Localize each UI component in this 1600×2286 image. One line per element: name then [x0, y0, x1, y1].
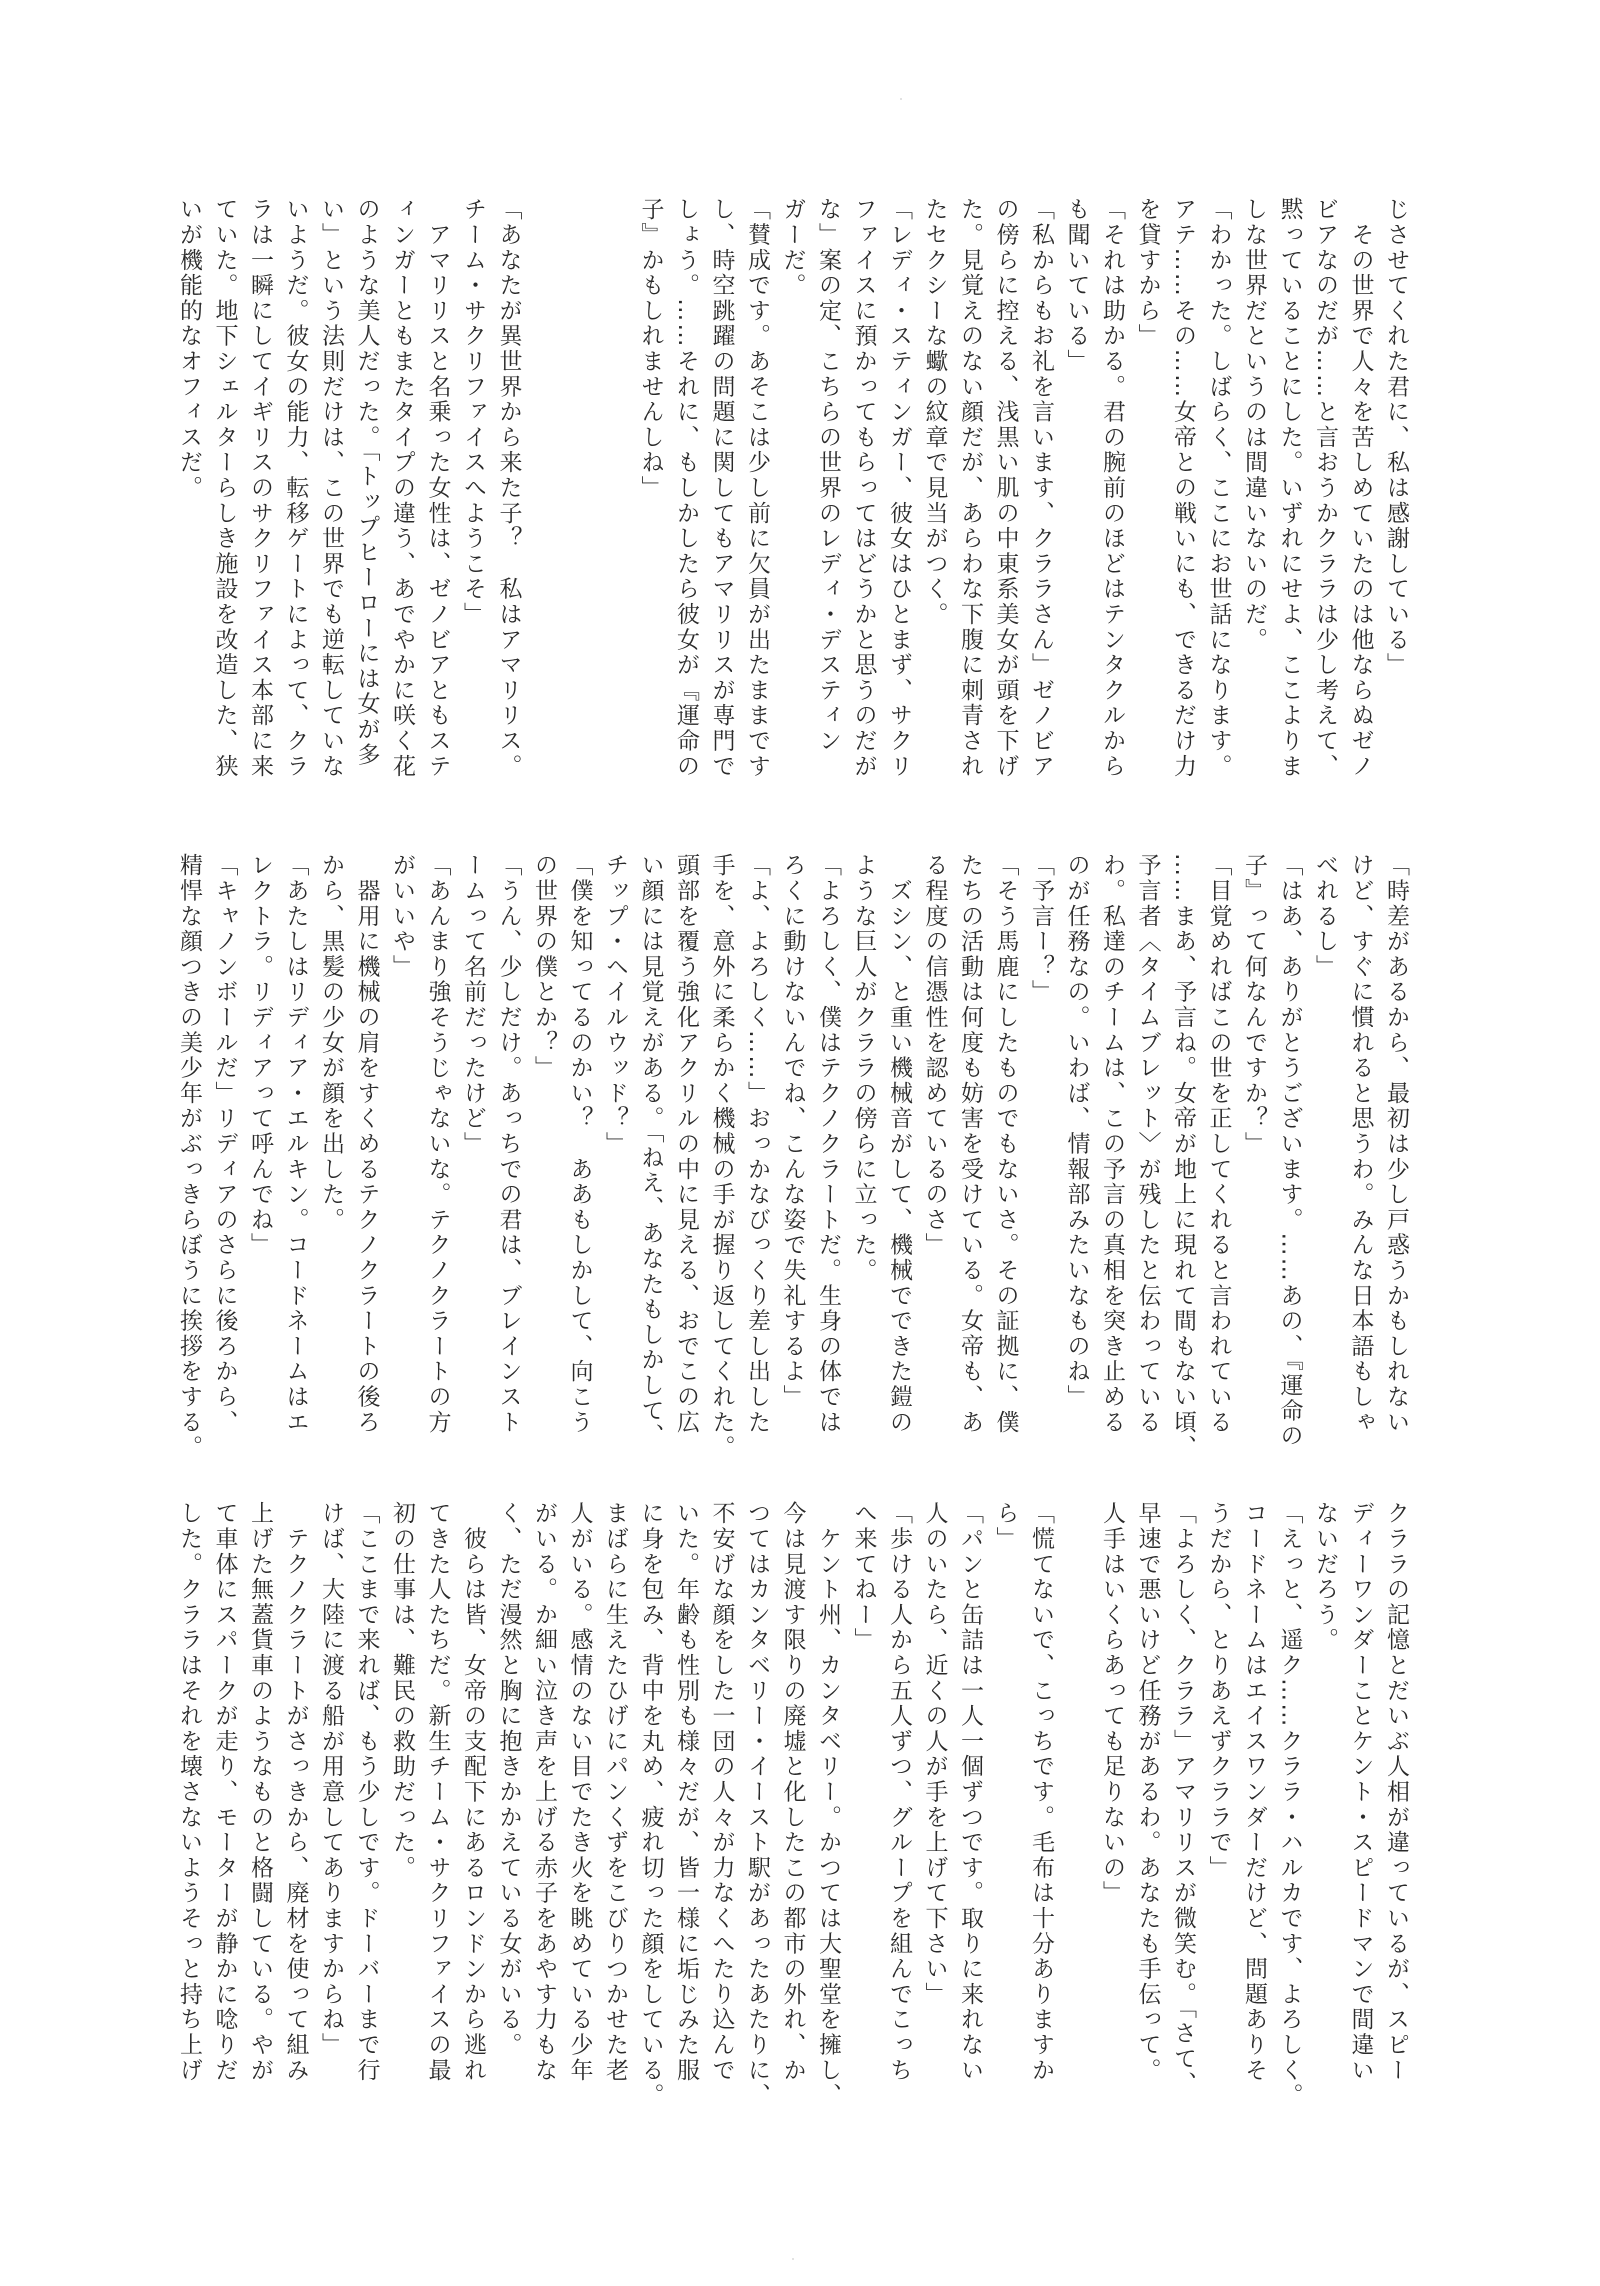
- text-line: テクノクラートがさっきから、廃材を使って組み: [277, 1501, 313, 2101]
- text-line: 「よろしく、クララ」アマリリスが微笑む。「さて、: [1165, 1501, 1201, 2101]
- text-line: した。クララはそれを壊さないようそっと持ち上げ: [171, 1501, 207, 2101]
- text-line: ガーだ。: [774, 197, 810, 797]
- text-line: 人がいる。感情のない目でたき火を眺めている少年: [561, 1501, 597, 2101]
- text-line: 「賛成です。あそこは少し前に欠員が出たままです: [739, 197, 775, 797]
- text-line: 「予言ー？」: [1023, 853, 1059, 1453]
- text-line: 「私からもお礼を言います、クララさん」ゼノビア: [1023, 197, 1059, 797]
- text-line: けど、すぐに慣れると思うわ。みんな日本語もしゃ: [1342, 853, 1378, 1453]
- text-line: 「わかった。しばらく、ここにお世話になります。: [1200, 197, 1236, 797]
- blank-line: [597, 197, 633, 797]
- text-line: 「パンと缶詰は一人一個ずつです。取りに来れない: [952, 1501, 988, 2101]
- text-line: し、時空跳躍の問題に関してもアマリリスが専門で: [703, 197, 739, 797]
- text-line: い」という法則だけは、この世界でも逆転していな: [313, 197, 349, 797]
- document-page: じさせてくれた君に、私は感謝している」 その世界で人々を苦しめていたのは他ならぬ…: [0, 0, 1600, 2286]
- text-line: のような美人だった。「トップヒーローには女が多: [348, 197, 384, 797]
- text-line: 手を、意外に柔らかく機械の手が握り返してくれた。: [703, 853, 739, 1453]
- text-line: 「それは助かる。君の腕前のほどはテンタクルから: [1094, 197, 1130, 797]
- text-line: な」案の定、こちらの世界のレディ・デスティン: [810, 197, 846, 797]
- text-line: ラは一瞬にしてイギリスのサクリファイス本部に来: [242, 197, 278, 797]
- blank-line: [526, 197, 562, 797]
- text-line: 彼らは皆、女帝の支配下にあるロンドンから逃れ: [455, 1501, 491, 2101]
- text-line: 器用に機械の肩をすくめるテクノクラートの後ろ: [348, 853, 384, 1453]
- text-line: い顔には見覚えがある。「ねえ、あなたもしかして、: [632, 853, 668, 1453]
- text-line: 「目覚めればこの世を正してくれると言われている: [1200, 853, 1236, 1453]
- text-line: 「ここまで来れば、もう少しです。ドーバーまで行: [348, 1501, 384, 2101]
- text-line: 「レディ・スティンガー、彼女はひとまず、サクリ: [881, 197, 917, 797]
- text-line: も聞いている」: [1058, 197, 1094, 797]
- text-line: てきた人たちだ。新生チーム・サクリファイスの最: [419, 1501, 455, 2101]
- text-line: しょう。……それに、もしかしたら彼女が『運命の: [668, 197, 704, 797]
- blank-line: [1058, 1501, 1094, 2101]
- text-band-top: じさせてくれた君に、私は感謝している」 その世界で人々を苦しめていたのは他ならぬ…: [170, 197, 1413, 797]
- text-line: 「キャノンボールだ」リディアのさらに後ろから、: [206, 853, 242, 1453]
- text-line: ような巨人がクララの傍らに立った。: [845, 853, 881, 1453]
- text-line: へ来てねー」: [845, 1501, 881, 2101]
- text-line: クララの記憶とだいぶ人相が違っているが、スピー: [1378, 1501, 1414, 2101]
- text-line: ケント州、カンタベリー。かつては大聖堂を擁し、: [810, 1501, 846, 2101]
- text-line: まばらに生えたひげにパンくずをこびりつかせた老: [597, 1501, 633, 2101]
- page-mark-top: [900, 98, 902, 100]
- text-line: 「はあ、ありがとうございます。……あの、『運命の: [1271, 853, 1307, 1453]
- text-line: の傍らに控える、浅黒い肌の中東系美女が頭を下げ: [987, 197, 1023, 797]
- text-line: 不安げな顔をした一団の人々が力なくへたり込んで: [703, 1501, 739, 2101]
- text-line: ……まあ、予言ね。女帝が地上に現れて間もない頃、: [1165, 853, 1201, 1453]
- text-line: を貸すから」: [1129, 197, 1165, 797]
- text-line: アマリリスと名乗った女性は、ゼノビアともステ: [419, 197, 455, 797]
- text-line: の世界の僕とか？」: [526, 853, 562, 1453]
- text-line: チップ・ヘイルウッド？」: [597, 853, 633, 1453]
- text-line: けば、大陸に渡る船が用意してありますからね」: [313, 1501, 349, 2101]
- text-line: 「あんまり強そうじゃないな。テクノクラートの方: [419, 853, 455, 1453]
- text-line: 子』って何なんですか？」: [1236, 853, 1272, 1453]
- text-line: のが任務なの。いわば、情報部みたいなものね」: [1058, 853, 1094, 1453]
- text-line: 「よ、よろしく……」おっかなびっくり差し出した: [739, 853, 775, 1453]
- text-line: 上げた無蓋貨車のようなものと格闘している。やが: [242, 1501, 278, 2101]
- text-line: 「僕を知ってるのかい？ ああもしかして、向こう: [561, 853, 597, 1453]
- text-line: うだから、とりあえずクララで」: [1200, 1501, 1236, 2101]
- page-mark-bottom: [792, 2258, 794, 2260]
- text-line: 今は見渡す限りの廃墟と化したこの都市の外れ、か: [774, 1501, 810, 2101]
- text-line: ズシン、と重い機械音がして、機械でできた鎧の: [881, 853, 917, 1453]
- text-line: 「あなたが異世界から来た子？ 私はアマリリス。: [490, 197, 526, 797]
- text-line: いようだ。彼女の能力、転移ゲートによって、クラ: [277, 197, 313, 797]
- text-band-bottom: クララの記憶とだいぶ人相が違っているが、スピー ディーワンダーことケント・スピー…: [170, 1501, 1413, 2101]
- text-line: 人手はいくらあっても足りないの」: [1094, 1501, 1130, 2101]
- text-band-middle: 「時差があるから、最初は少し戸惑うかもしれない けど、すぐに慣れると思うわ。みん…: [170, 853, 1413, 1453]
- text-line: その世界で人々を苦しめていたのは他ならぬゼノ: [1342, 197, 1378, 797]
- text-line: レクトラ。リディアって呼んでね」: [242, 853, 278, 1453]
- text-line: 頭部を覆う強化アクリルの中に見える、おでこの広: [668, 853, 704, 1453]
- text-line: 精悍な顔つきの美少年がぶっきらぼうに挨拶をする。: [171, 853, 207, 1453]
- text-line: コードネームはエイスワンダーだけど、問題ありそ: [1236, 1501, 1272, 2101]
- text-line: じさせてくれた君に、私は感謝している」: [1378, 197, 1414, 797]
- text-line: た。見覚えのない顔だが、あらわな下腹に刺青され: [952, 197, 988, 797]
- text-line: ディーワンダーことケント・スピードマンで間違い: [1342, 1501, 1378, 2101]
- text-line: チーム・サクリファイスへようこそ」: [455, 197, 491, 797]
- text-line: ていた。地下シェルターらしき施設を改造した、狭: [206, 197, 242, 797]
- text-line: 「時差があるから、最初は少し戸惑うかもしれない: [1378, 853, 1414, 1453]
- text-line: がいいや」: [384, 853, 420, 1453]
- text-line: く、ただ漫然と胸に抱きかかえている女がいる。: [490, 1501, 526, 2101]
- text-line: ないだろう。: [1307, 1501, 1343, 2101]
- text-line: ームって名前だったけど」: [455, 853, 491, 1453]
- text-line: 早速で悪いけど任務があるわ。あなたも手伝って。: [1129, 1501, 1165, 2101]
- text-line: 黙っていることにした。いずれにせよ、ここよりま: [1271, 197, 1307, 797]
- text-line: いが機能的なオフィスだ。: [171, 197, 207, 797]
- text-line: から、黒髪の少女が顔を出した。: [313, 853, 349, 1453]
- text-line: ィンガーともまたタイプの違う、あでやかに咲く花: [384, 197, 420, 797]
- text-line: ろくに動けないんでね、こんな姿で失礼するよ」: [774, 853, 810, 1453]
- text-line: 人のいたら、近くの人が手を上げて下さい」: [916, 1501, 952, 2101]
- text-line: 「慌てないで、こっちです。毛布は十分ありますか: [1023, 1501, 1059, 2101]
- text-line: 「歩ける人から五人ずつ、グループを組んでこっち: [881, 1501, 917, 2101]
- text-line: て車体にスパークが走り、モーターが静かに唸りだ: [206, 1501, 242, 2101]
- text-line: 予言者〈タイムブレット〉が残したと伝わっている: [1129, 853, 1165, 1453]
- blank-line: [561, 197, 597, 797]
- text-line: 「えっと、遥ク……クララ・ハルカです、よろしく。: [1271, 1501, 1307, 2101]
- text-line: ら」: [987, 1501, 1023, 2101]
- text-line: 「うん、少しだけ。あっちでの君は、ブレインスト: [490, 853, 526, 1453]
- text-line: ビアなのだが……と言おうかクララは少し考えて、: [1307, 197, 1343, 797]
- text-line: わ。私達のチームは、この予言の真相を突き止める: [1094, 853, 1130, 1453]
- text-line: たちの活動は何度も妨害を受けている。女帝も、あ: [952, 853, 988, 1453]
- text-line: たセクシーな蠍の紋章で見当がつく。: [916, 197, 952, 797]
- text-line: いた。年齢も性別も様々だが、皆一様に垢じみた服: [668, 1501, 704, 2101]
- text-line: 「よろしく、僕はテクノクラートだ。生身の体では: [810, 853, 846, 1453]
- text-line: る程度の信憑性を認めているのさ」: [916, 853, 952, 1453]
- text-line: 初の仕事は、難民の救助だった。: [384, 1501, 420, 2101]
- text-line: べれるし」: [1307, 853, 1343, 1453]
- text-line: つてはカンタベリー・イースト駅があったあたりに、: [739, 1501, 775, 2101]
- text-line: ファイスに預かってもらってはどうかと思うのだが: [845, 197, 881, 797]
- text-line: 「そう馬鹿にしたものでもないさ。その証拠に、僕: [987, 853, 1023, 1453]
- text-line: 「あたしはリディア・エルキン。コードネームはエ: [277, 853, 313, 1453]
- text-line: しな世界だというのは間違いないのだ。: [1236, 197, 1272, 797]
- text-line: がいる。か細い泣き声を上げる赤子をあやす力もな: [526, 1501, 562, 2101]
- text-line: 子』かもしれませんしね」: [632, 197, 668, 797]
- text-line: に身を包み、背中を丸め、疲れ切った顔をしている。: [632, 1501, 668, 2101]
- text-line: アテ……その……女帝との戦いにも、できるだけ力: [1165, 197, 1201, 797]
